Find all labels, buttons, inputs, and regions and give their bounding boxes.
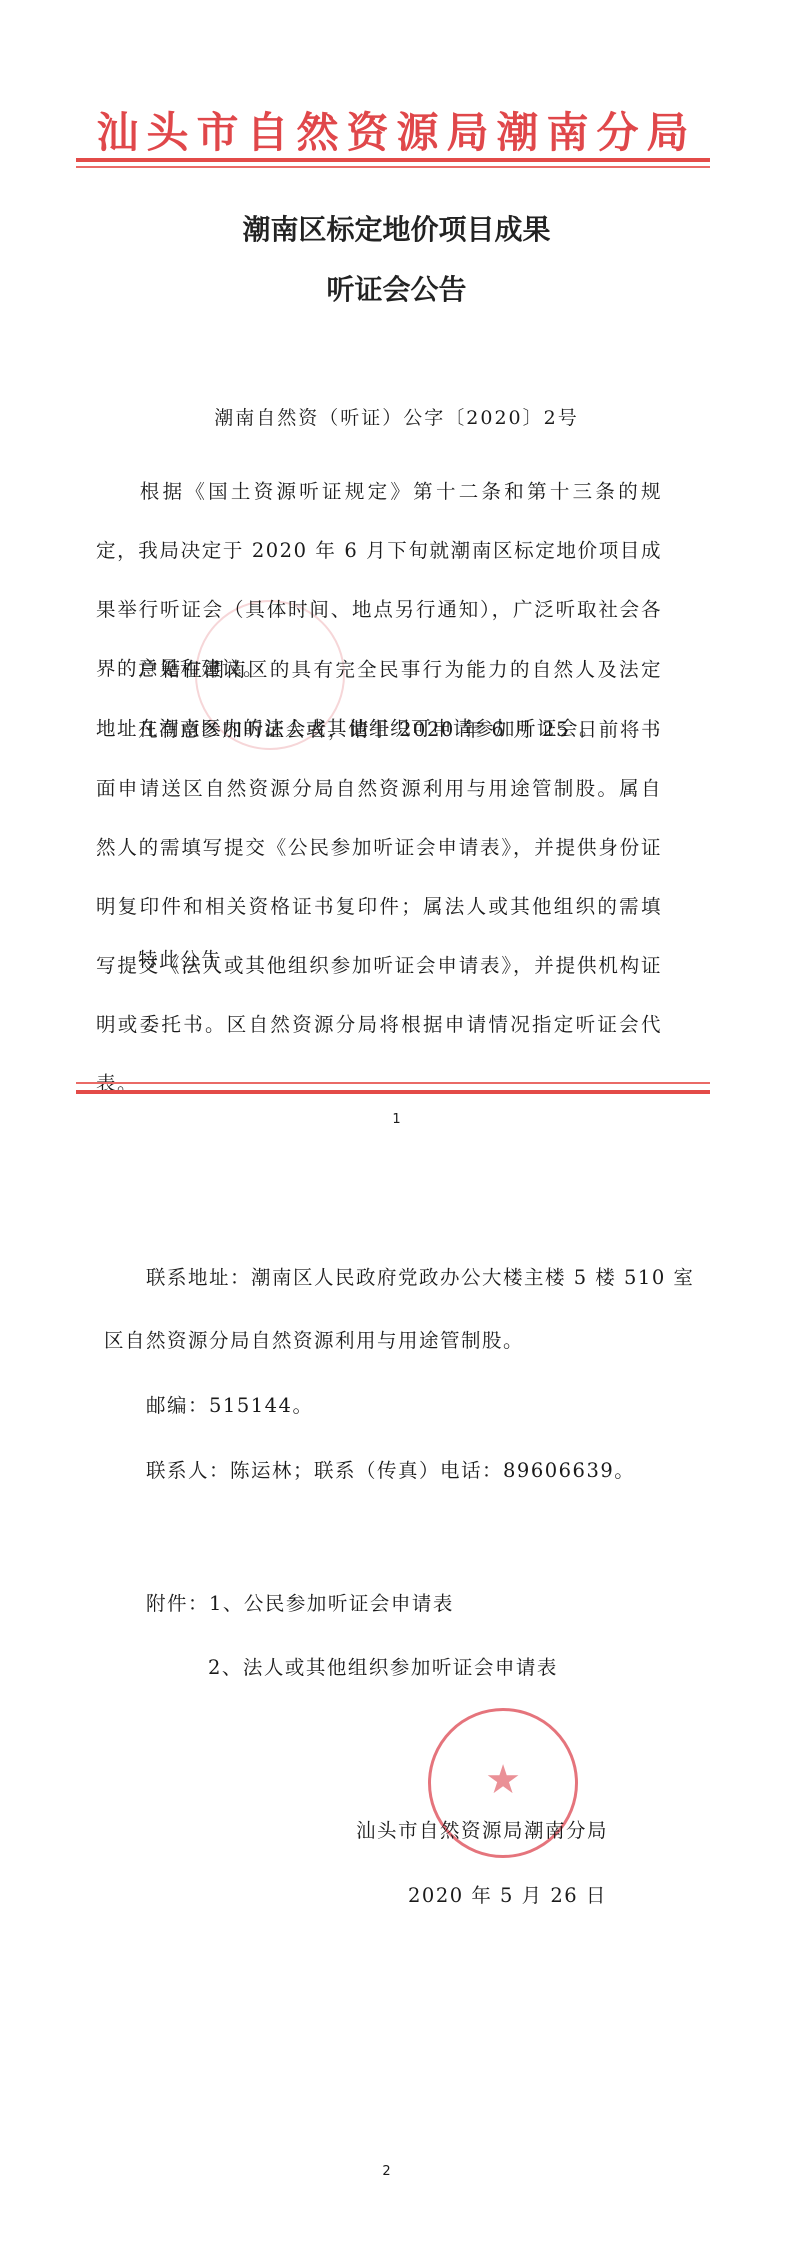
closing-text: 特此公告 xyxy=(138,948,222,971)
doc-title-line2: 听证会公告 xyxy=(0,268,793,308)
attachment-2: 2、法人或其他组织参加听证会申请表 xyxy=(208,1652,558,1680)
attachment-1-text: 1、公民参加听证会申请表 xyxy=(209,1592,454,1615)
footer-rule-thin xyxy=(76,1082,710,1084)
doc-title-line1: 潮南区标定地价项目成果 xyxy=(0,208,793,248)
signature-org: 汕头市自然资源局潮南分局 xyxy=(356,1815,608,1843)
paragraph-closing: 特此公告 xyxy=(96,930,662,989)
contact-address-line1: 联系地址：潮南区人民政府党政办公大楼主楼 5 楼 510 室 xyxy=(146,1262,694,1290)
footer-rule-thick xyxy=(76,1090,710,1094)
attachment-1: 附件：1、公民参加听证会申请表 xyxy=(146,1588,454,1616)
contact-person: 联系人：陈运林；联系（传真）电话：89606639。 xyxy=(146,1455,635,1483)
contact-postcode: 邮编：515144。 xyxy=(146,1390,313,1418)
letterhead-rule-thick xyxy=(76,158,710,162)
attachments-label: 附件： xyxy=(146,1592,209,1615)
page-number-1: 1 xyxy=(0,1112,793,1127)
contact-address-line2: 区自然资源分局自然资源利用与用途管制股。 xyxy=(104,1325,524,1353)
letterhead-org-name: 汕头市自然资源局潮南分局 xyxy=(0,100,793,160)
page-number-2: 2 xyxy=(0,2164,783,2179)
doc-number: 潮南自然资（听证）公字〔2020〕2号 xyxy=(0,403,793,430)
letterhead-rule-thin xyxy=(76,166,710,168)
signature-date: 2020 年 5 月 26 日 xyxy=(408,1880,607,1908)
stamp-star-icon: ★ xyxy=(431,1757,575,1803)
paragraph-3: 凡有意参加听证会者，请于 2020 年 6 月 25 日前将书面申请送区自然资源… xyxy=(96,700,662,1113)
paragraph-3-text: 凡有意参加听证会者，请于 2020 年 6 月 25 日前将书面申请送区自然资源… xyxy=(96,718,662,1095)
